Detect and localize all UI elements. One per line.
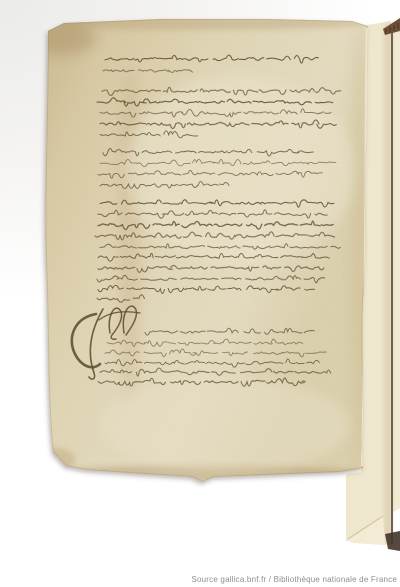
- binding-dark-patch: [385, 531, 400, 551]
- binding-seam: [391, 24, 393, 545]
- seam-shadow: [385, 24, 391, 543]
- under-page-right-sheet: [393, 20, 400, 512]
- parchment-shading: [31, 12, 376, 488]
- manuscript-scan: [0, 0, 400, 587]
- footer-credit: Source gallica.bnf.fr / Bibliothèque nat…: [191, 575, 397, 585]
- parchment-page: [31, 12, 376, 488]
- scan-viewport: Source gallica.bnf.fr / Bibliothèque nat…: [0, 0, 400, 587]
